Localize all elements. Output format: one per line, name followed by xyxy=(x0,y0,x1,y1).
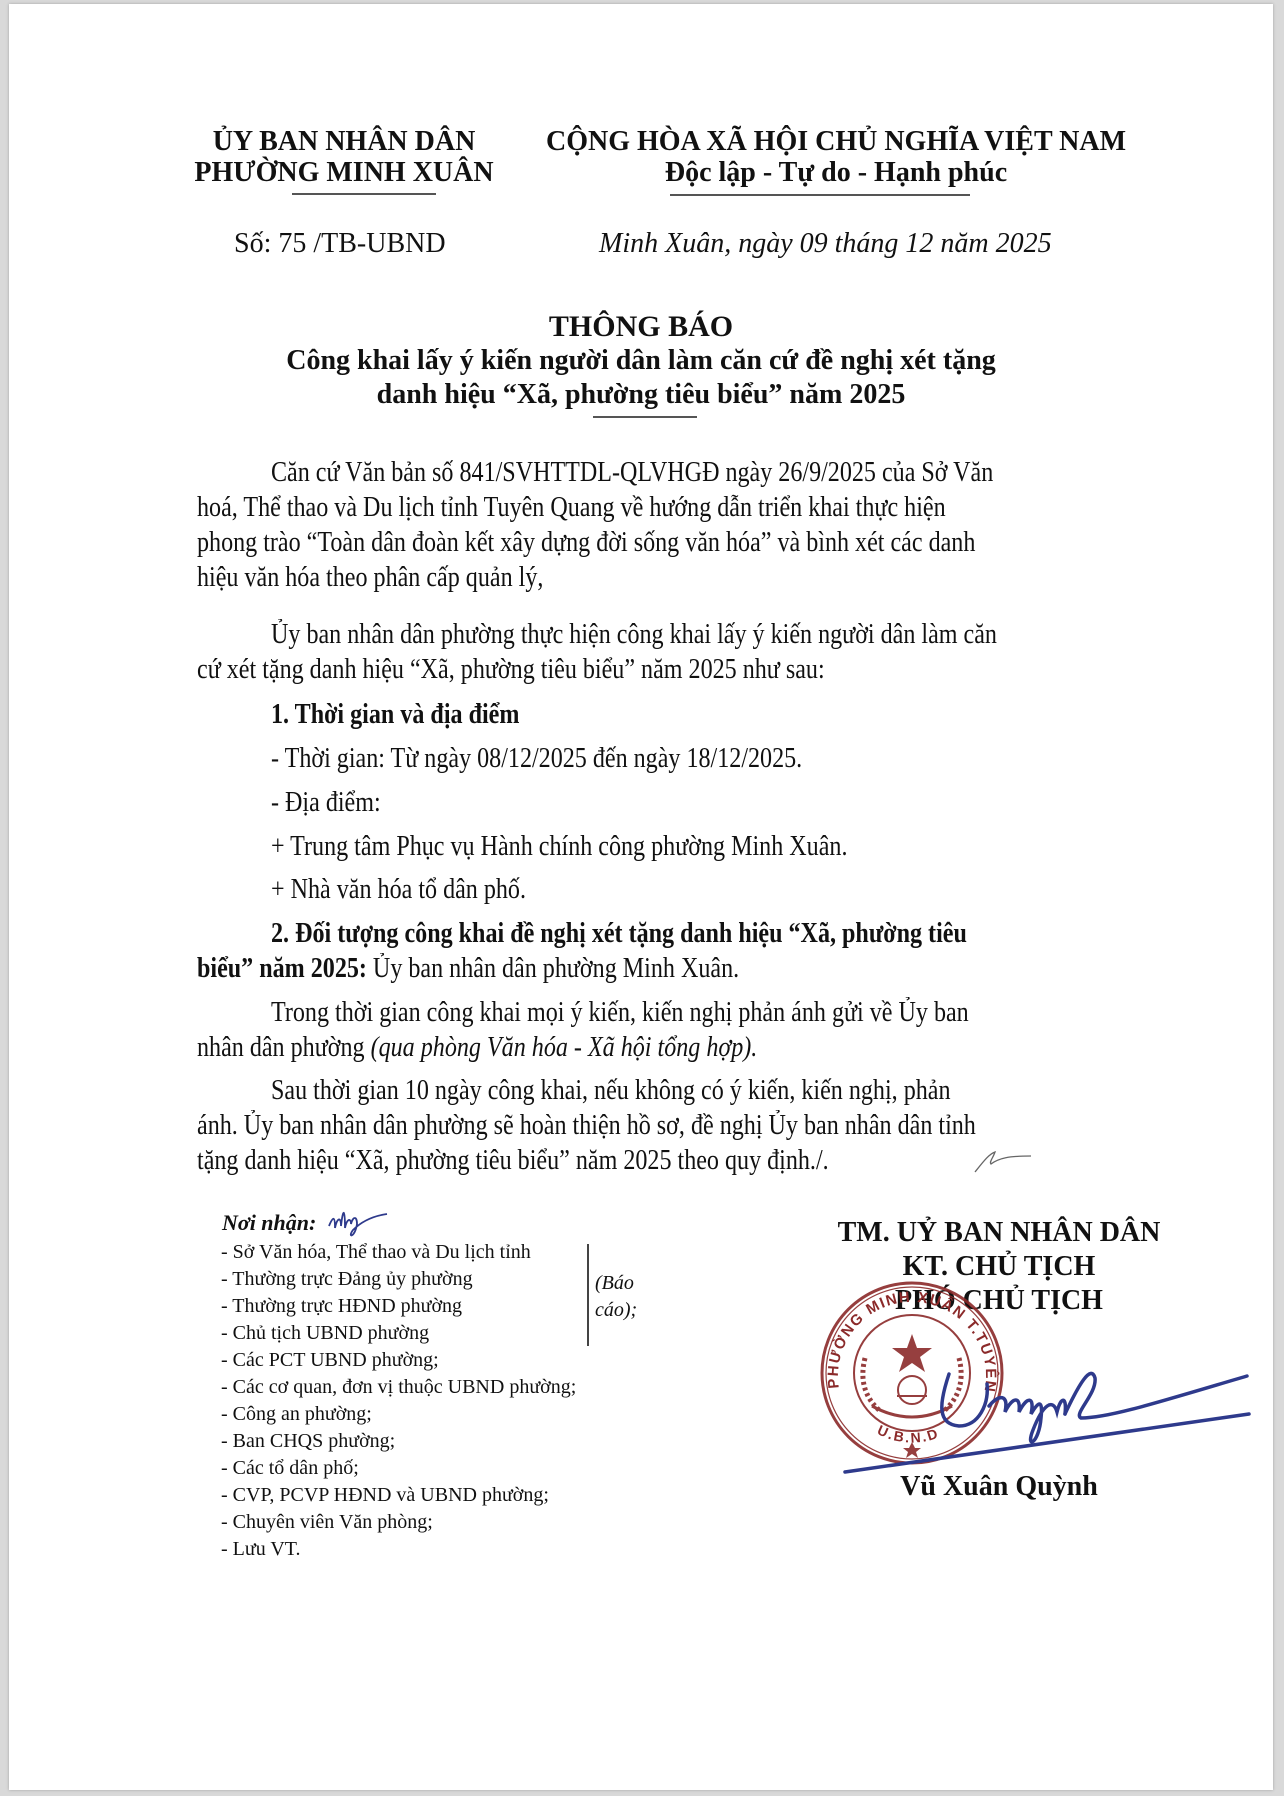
subject-line2: danh hiệu “Xã, phường tiêu biểu” năm 202… xyxy=(9,378,1273,412)
handwritten-signature-icon xyxy=(829,1334,1269,1484)
body-para1-line4: hiệu văn hóa theo phân cấp quản lý, xyxy=(197,561,600,595)
recipient-item: - Thường trực HĐND phường xyxy=(221,1293,462,1320)
country-name: CỘNG HÒA XÃ HỘI CHỦ NGHĨA VIỆT NAM xyxy=(536,125,1136,159)
recipient-item: - Thường trực Đảng ủy phường xyxy=(221,1266,473,1293)
body-para4-line1: Sau thời gian 10 ngày công khai, nếu khô… xyxy=(271,1074,1061,1108)
body-para4-line2: ánh. Ủy ban nhân dân phường sẽ hoàn thiệ… xyxy=(197,1109,1103,1143)
time-line: - Thời gian: Từ ngày 08/12/2025 đến ngày… xyxy=(271,742,889,776)
body-para3-line1: Trong thời gian công khai mọi ý kiến, ki… xyxy=(271,996,1082,1030)
agency-name-line2: PHƯỜNG MINH XUÂN xyxy=(184,156,504,190)
section2-heading-line2: biểu” năm 2025: Ủy ban nhân dân phường M… xyxy=(197,952,827,986)
place-item-1: + Trung tâm Phục vụ Hành chính công phườ… xyxy=(271,830,941,864)
recipient-item: - Các tổ dân phố; xyxy=(221,1455,359,1482)
country-motto: Độc lập - Tự do - Hạnh phúc xyxy=(536,156,1136,190)
motto-underline xyxy=(670,194,970,196)
agency-underline xyxy=(292,193,436,195)
recipient-item: - CVP, PCVP HĐND và UBND phường; xyxy=(221,1482,549,1509)
body-para1-line1: Căn cứ Văn bản số 841/SVHTTDL-QLVHGĐ ngà… xyxy=(271,456,1111,490)
body-para1-line3: phong trào “Toàn dân đoàn kết xây dựng đ… xyxy=(197,526,1102,560)
body-para3-line2: nhân dân phường (qua phòng Văn hóa - Xã … xyxy=(197,1031,849,1065)
subject-line1: Công khai lấy ý kiến người dân làm căn c… xyxy=(9,344,1273,378)
place-and-date: Minh Xuân, ngày 09 tháng 12 năm 2025 xyxy=(599,228,1052,260)
body-para2-line2: cứ xét tặng danh hiệu “Xã, phường tiêu b… xyxy=(197,653,927,687)
recipient-item: - Chuyên viên Văn phòng; xyxy=(221,1509,433,1536)
recipient-item: - Ban CHQS phường; xyxy=(221,1428,395,1455)
signer-name: Vũ Xuân Quỳnh xyxy=(829,1470,1169,1504)
document-number: Số: 75 /TB-UBND xyxy=(234,228,446,260)
recipients-label: Nơi nhận: xyxy=(222,1210,316,1236)
recipient-item: - Sở Văn hóa, Thể thao và Du lịch tỉnh xyxy=(221,1239,531,1266)
initial-mark-icon xyxy=(969,1144,1039,1178)
recipient-item: - Chủ tịch UBND phường xyxy=(221,1320,429,1347)
handwritten-initial-icon xyxy=(327,1204,391,1244)
signature-org-line: TM. UỶ BAN NHÂN DÂN xyxy=(829,1216,1169,1250)
recipients-bracket-line xyxy=(587,1244,589,1346)
report-note-line1: (Báo xyxy=(595,1270,634,1297)
document-page: ỦY BAN NHÂN DÂN PHƯỜNG MINH XUÂN CỘNG HÒ… xyxy=(9,4,1273,1790)
place-label: - Địa điểm: xyxy=(271,786,399,820)
place-item-2: + Nhà văn hóa tổ dân phố. xyxy=(271,873,568,907)
body-para2-line1: Ủy ban nhân dân phường thực hiện công kh… xyxy=(271,618,1115,652)
section1-heading: 1. Thời gian và địa điểm xyxy=(271,698,560,732)
report-note-line2: cáo); xyxy=(595,1297,637,1324)
recipient-item: - Công an phường; xyxy=(221,1401,372,1428)
agency-name-line1: ỦY BAN NHÂN DÂN xyxy=(194,125,494,159)
title-underline xyxy=(593,416,697,418)
recipient-item: - Các cơ quan, đơn vị thuộc UBND phường; xyxy=(221,1374,576,1401)
document-type-title: THÔNG BÁO xyxy=(9,310,1273,344)
recipient-item: - Lưu VT. xyxy=(221,1536,301,1563)
section2-heading-line1: 2. Đối tượng công khai đề nghị xét tặng … xyxy=(271,917,1080,951)
body-para1-line2: hoá, Thể thao và Du lịch tỉnh Tuyên Quan… xyxy=(197,491,1068,525)
recipient-item: - Các PCT UBND phường; xyxy=(221,1347,439,1374)
body-para4-line3: tặng danh hiệu “Xã, phường tiêu biểu” nă… xyxy=(197,1144,932,1178)
